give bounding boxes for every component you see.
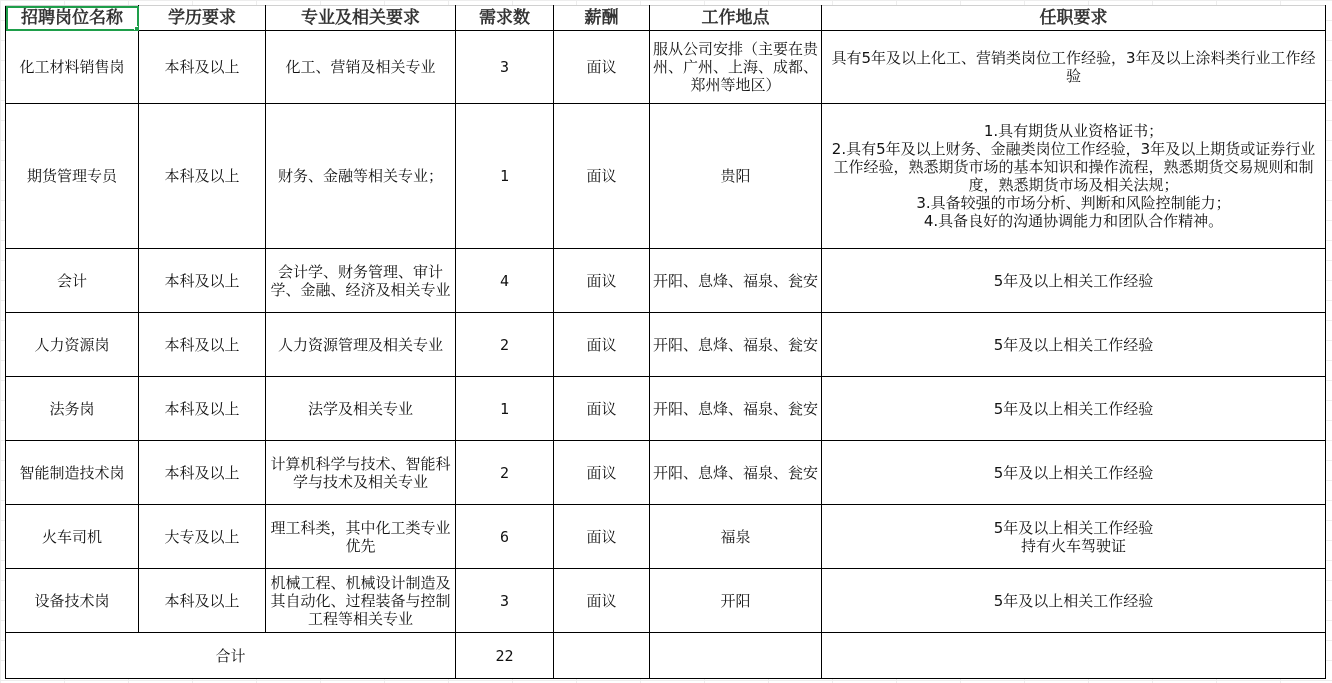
cell-major[interactable]: 法学及相关专业 <box>266 377 456 441</box>
table-row: 人力资源岗本科及以上人力资源管理及相关专业2面议开阳、息烽、福泉、瓮安5年及以上… <box>6 313 1326 377</box>
cell-location[interactable]: 福泉 <box>650 505 822 569</box>
requirement-line: 4.具备良好的沟通协调能力和团队合作精神。 <box>825 212 1322 230</box>
cell-headcount[interactable]: 2 <box>456 313 554 377</box>
cell-requirements[interactable]: 5年及以上相关工作经验 <box>822 249 1326 313</box>
cell-education[interactable]: 本科及以上 <box>139 104 266 249</box>
cell-requirements[interactable]: 具有5年及以上化工、营销类岗位工作经验，3年及以上涂料类行业工作经验 <box>822 31 1326 104</box>
cell-headcount[interactable]: 4 <box>456 249 554 313</box>
cell-major[interactable]: 化工、营销及相关专业 <box>266 31 456 104</box>
header-education[interactable]: 学历要求 <box>139 6 266 31</box>
requirement-line: 5年及以上相关工作经验 <box>825 272 1322 290</box>
requirement-line: 3.具备较强的市场分析、判断和风险控制能力； <box>825 194 1322 212</box>
requirement-line: 具有5年及以上化工、营销类岗位工作经验，3年及以上涂料类行业工作经验 <box>825 49 1322 85</box>
cell-requirements[interactable]: 5年及以上相关工作经验 <box>822 569 1326 633</box>
cell-salary[interactable]: 面议 <box>554 31 650 104</box>
cell-education[interactable]: 大专及以上 <box>139 505 266 569</box>
cell-education[interactable]: 本科及以上 <box>139 249 266 313</box>
requirement-line: 5年及以上相关工作经验 <box>825 592 1322 610</box>
header-headcount[interactable]: 需求数 <box>456 6 554 31</box>
header-major[interactable]: 专业及相关要求 <box>266 6 456 31</box>
table-row: 化工材料销售岗本科及以上化工、营销及相关专业3面议服从公司安排（主要在贵州、广州… <box>6 31 1326 104</box>
cell-headcount[interactable]: 1 <box>456 104 554 249</box>
cell-location[interactable]: 贵阳 <box>650 104 822 249</box>
cell-position[interactable]: 设备技术岗 <box>6 569 139 633</box>
cell-location[interactable]: 开阳、息烽、福泉、瓮安 <box>650 377 822 441</box>
total-location[interactable] <box>650 633 822 679</box>
recruitment-table: 招聘岗位名称 学历要求 专业及相关要求 需求数 薪酬 工作地点 任职要求 化工材… <box>5 5 1326 679</box>
cell-salary[interactable]: 面议 <box>554 313 650 377</box>
cell-location[interactable]: 服从公司安排（主要在贵州、广州、上海、成都、郑州等地区） <box>650 31 822 104</box>
cell-major[interactable]: 理工科类，其中化工类专业优先 <box>266 505 456 569</box>
cell-position[interactable]: 火车司机 <box>6 505 139 569</box>
cell-location[interactable]: 开阳 <box>650 569 822 633</box>
table-row: 火车司机大专及以上理工科类，其中化工类专业优先6面议福泉5年及以上相关工作经验持… <box>6 505 1326 569</box>
header-requirements[interactable]: 任职要求 <box>822 6 1326 31</box>
cell-education[interactable]: 本科及以上 <box>139 31 266 104</box>
cell-position[interactable]: 法务岗 <box>6 377 139 441</box>
total-row: 合计22 <box>6 633 1326 679</box>
cell-salary[interactable]: 面议 <box>554 377 650 441</box>
cell-headcount[interactable]: 3 <box>456 569 554 633</box>
cell-headcount[interactable]: 3 <box>456 31 554 104</box>
cell-education[interactable]: 本科及以上 <box>139 313 266 377</box>
cell-education[interactable]: 本科及以上 <box>139 441 266 505</box>
table-row: 智能制造技术岗本科及以上计算机科学与技术、智能科学与技术及相关专业2面议开阳、息… <box>6 441 1326 505</box>
table-row: 设备技术岗本科及以上机械工程、机械设计制造及其自动化、过程装备与控制工程等相关专… <box>6 569 1326 633</box>
cell-major[interactable]: 财务、金融等相关专业； <box>266 104 456 249</box>
cell-headcount[interactable]: 1 <box>456 377 554 441</box>
cell-requirements[interactable]: 5年及以上相关工作经验持有火车驾驶证 <box>822 505 1326 569</box>
header-salary[interactable]: 薪酬 <box>554 6 650 31</box>
cell-salary[interactable]: 面议 <box>554 505 650 569</box>
total-salary[interactable] <box>554 633 650 679</box>
cell-position[interactable]: 人力资源岗 <box>6 313 139 377</box>
cell-salary[interactable]: 面议 <box>554 441 650 505</box>
table-row: 法务岗本科及以上法学及相关专业1面议开阳、息烽、福泉、瓮安5年及以上相关工作经验 <box>6 377 1326 441</box>
total-headcount[interactable]: 22 <box>456 633 554 679</box>
header-position[interactable]: 招聘岗位名称 <box>6 6 139 31</box>
requirement-line: 5年及以上相关工作经验 <box>825 464 1322 482</box>
requirement-line: 5年及以上相关工作经验 <box>825 336 1322 354</box>
requirement-line: 1.具有期货从业资格证书； <box>825 122 1322 140</box>
cell-salary[interactable]: 面议 <box>554 249 650 313</box>
requirement-line: 持有火车驾驶证 <box>825 537 1322 555</box>
cell-headcount[interactable]: 6 <box>456 505 554 569</box>
cell-location[interactable]: 开阳、息烽、福泉、瓮安 <box>650 313 822 377</box>
header-location[interactable]: 工作地点 <box>650 6 822 31</box>
cell-requirements[interactable]: 1.具有期货从业资格证书；2.具有5年及以上财务、金融类岗位工作经验，3年及以上… <box>822 104 1326 249</box>
cell-salary[interactable]: 面议 <box>554 569 650 633</box>
cell-major[interactable]: 计算机科学与技术、智能科学与技术及相关专业 <box>266 441 456 505</box>
cell-education[interactable]: 本科及以上 <box>139 377 266 441</box>
requirement-line: 5年及以上相关工作经验 <box>825 400 1322 418</box>
cell-major[interactable]: 会计学、财务管理、审计学、金融、经济及相关专业 <box>266 249 456 313</box>
cell-major[interactable]: 机械工程、机械设计制造及其自动化、过程装备与控制工程等相关专业 <box>266 569 456 633</box>
cell-position[interactable]: 会计 <box>6 249 139 313</box>
cell-major[interactable]: 人力资源管理及相关专业 <box>266 313 456 377</box>
cell-education[interactable]: 本科及以上 <box>139 569 266 633</box>
header-position-label: 招聘岗位名称 <box>21 8 123 28</box>
requirement-line: 2.具有5年及以上财务、金融类岗位工作经验，3年及以上期货或证券行业工作经验，熟… <box>825 140 1322 194</box>
total-requirements[interactable] <box>822 633 1326 679</box>
cell-position[interactable]: 智能制造技术岗 <box>6 441 139 505</box>
table-row: 期货管理专员本科及以上财务、金融等相关专业；1面议贵阳1.具有期货从业资格证书；… <box>6 104 1326 249</box>
cell-location[interactable]: 开阳、息烽、福泉、瓮安 <box>650 441 822 505</box>
cell-location[interactable]: 开阳、息烽、福泉、瓮安 <box>650 249 822 313</box>
table-row: 会计本科及以上会计学、财务管理、审计学、金融、经济及相关专业4面议开阳、息烽、福… <box>6 249 1326 313</box>
cell-salary[interactable]: 面议 <box>554 104 650 249</box>
total-label[interactable]: 合计 <box>6 633 456 679</box>
cell-headcount[interactable]: 2 <box>456 441 554 505</box>
cell-requirements[interactable]: 5年及以上相关工作经验 <box>822 313 1326 377</box>
header-row: 招聘岗位名称 学历要求 专业及相关要求 需求数 薪酬 工作地点 任职要求 <box>6 6 1326 31</box>
cell-position[interactable]: 期货管理专员 <box>6 104 139 249</box>
requirement-line: 5年及以上相关工作经验 <box>825 519 1322 537</box>
cell-requirements[interactable]: 5年及以上相关工作经验 <box>822 441 1326 505</box>
fill-handle[interactable] <box>134 26 139 31</box>
cell-requirements[interactable]: 5年及以上相关工作经验 <box>822 377 1326 441</box>
cell-position[interactable]: 化工材料销售岗 <box>6 31 139 104</box>
